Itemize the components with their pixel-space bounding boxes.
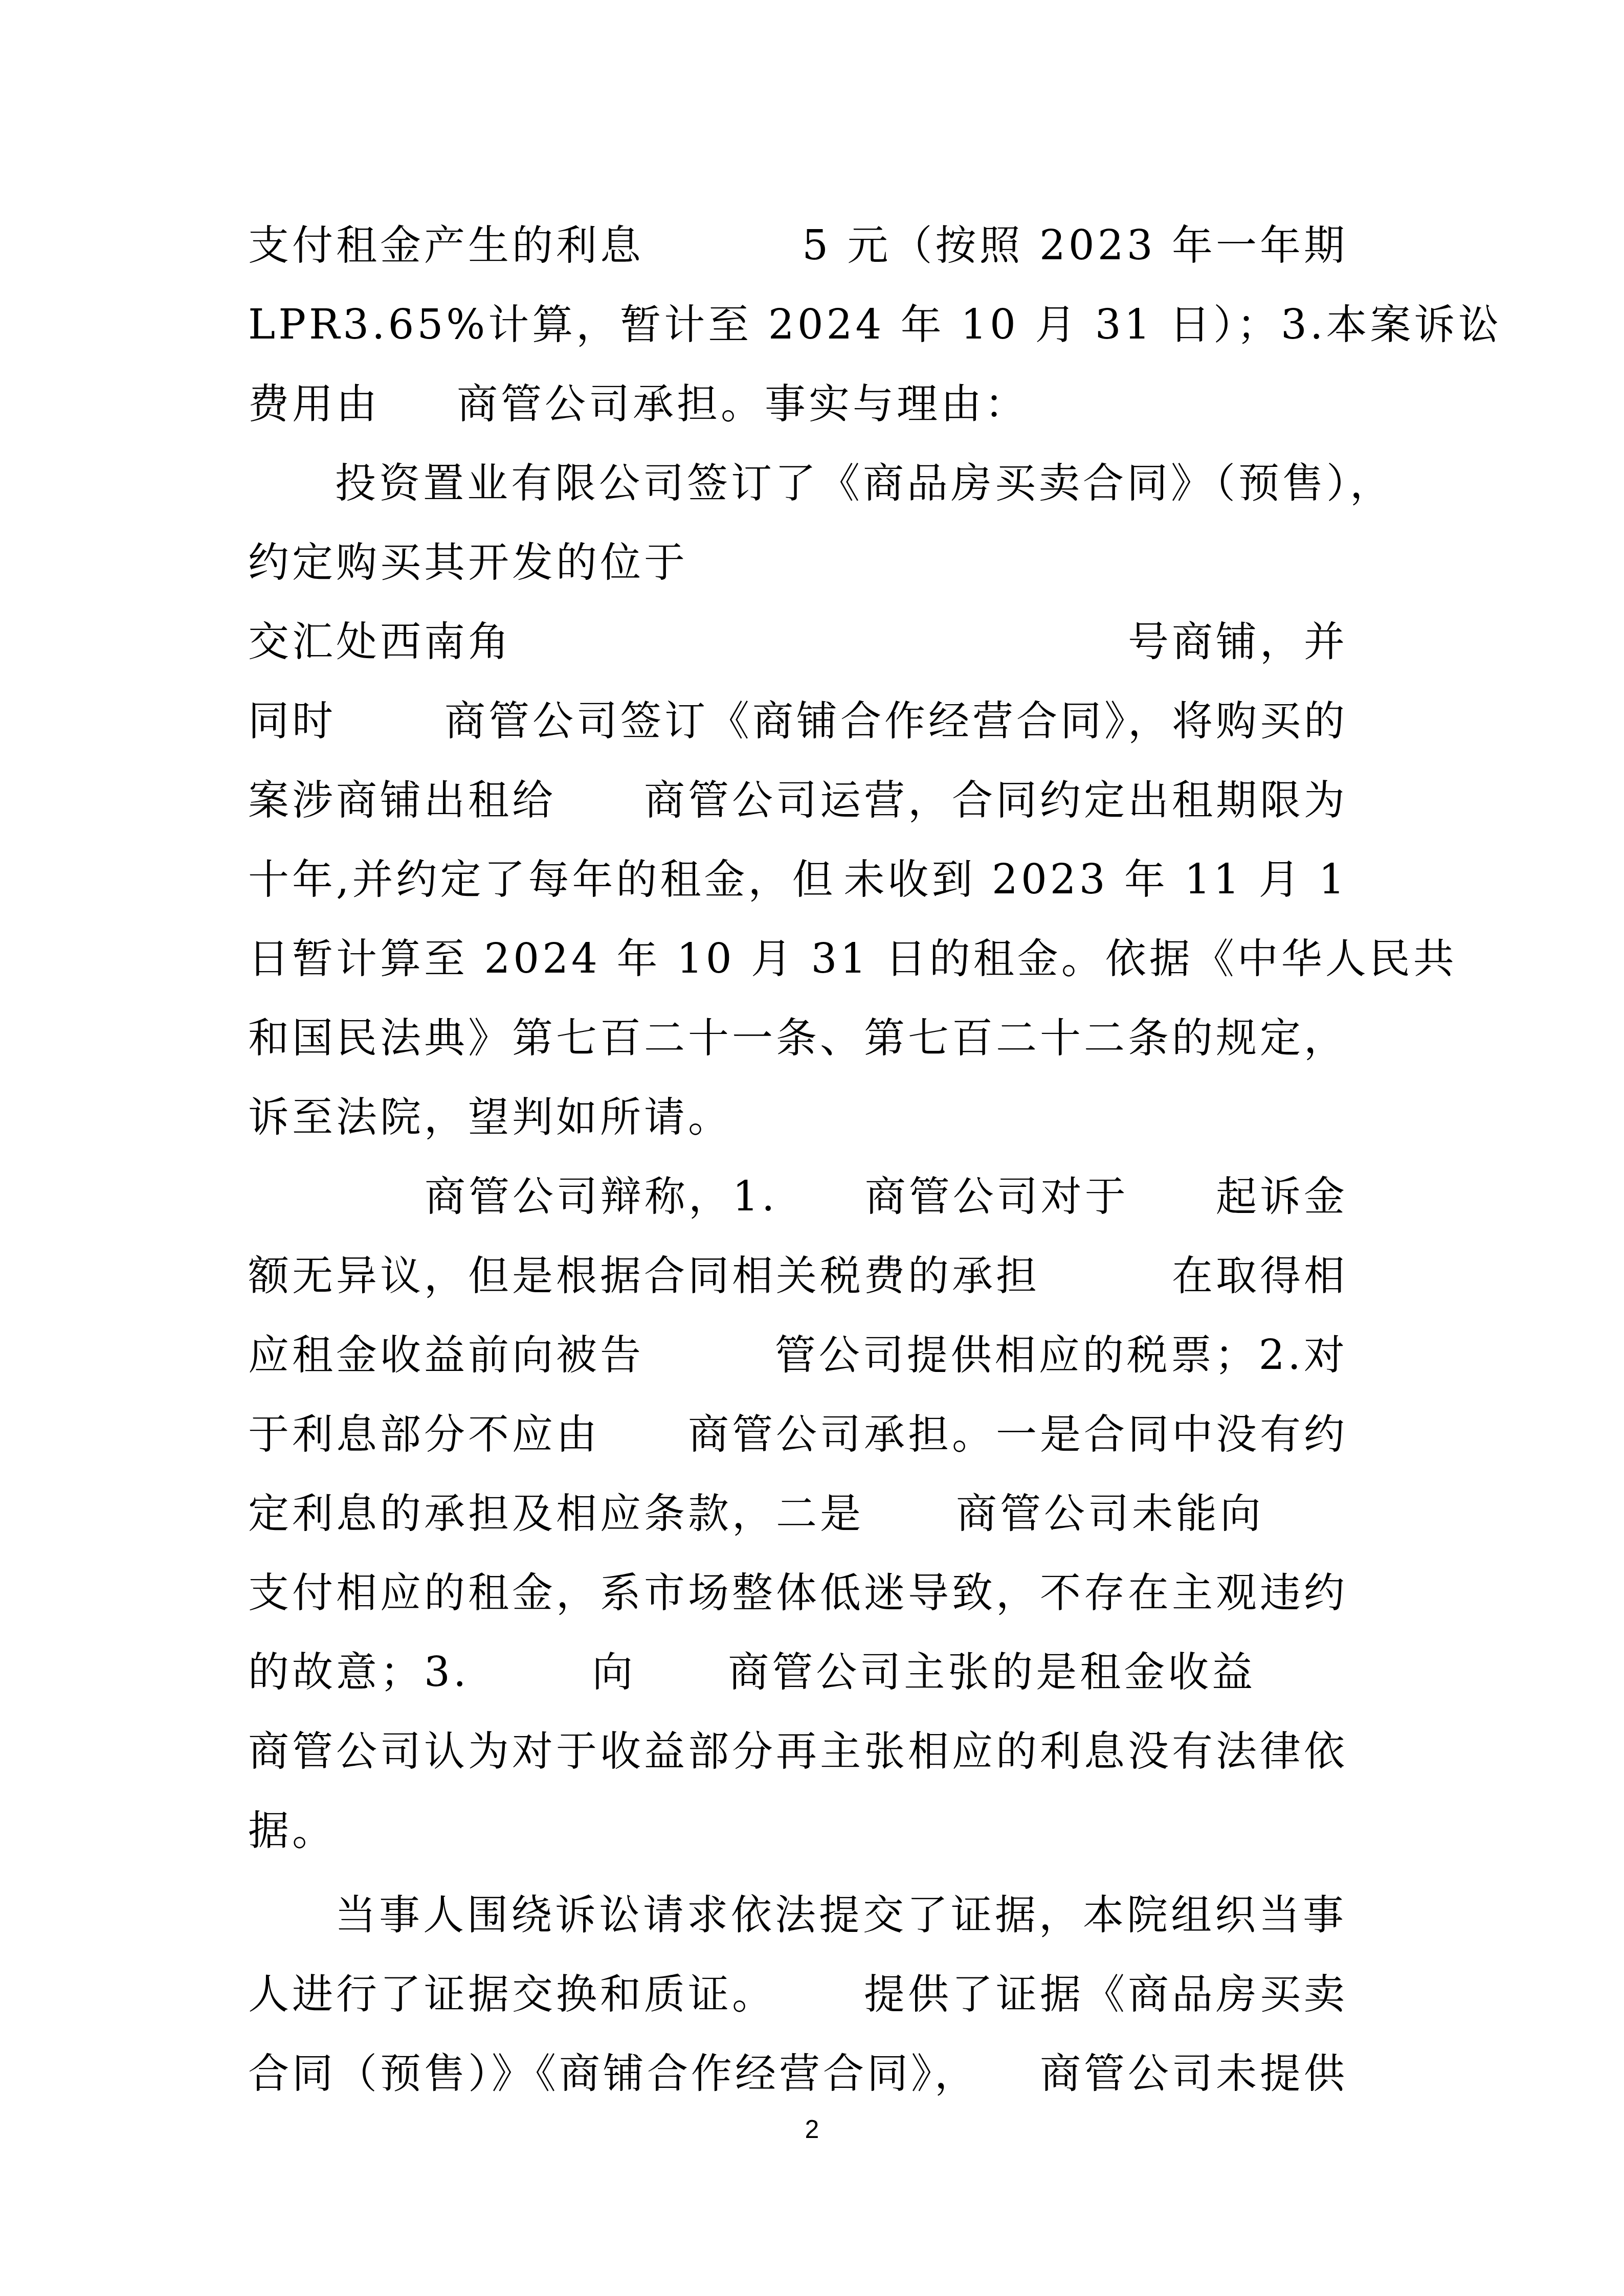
text-line: 当事人围绕诉讼请求依法提交了证据，本院组织当事 (248, 1887, 1348, 1943)
text-line: 约定购买其开发的位于 (248, 534, 1348, 591)
text-segment: 合同（预售）》《商铺合作经营合同》， (248, 2045, 978, 2102)
text-line: 额无异议，但是根据合同相关税费的承担 在取得相 (248, 1248, 1348, 1304)
text-segment: 投资置业有限公司签订了《商品房买卖合同》（预售）， (335, 455, 1394, 511)
text-segment: 诉至法院，望判如所请。 (248, 1089, 732, 1145)
text-segment: 商管公司未能向 (956, 1485, 1264, 1542)
text-segment: 商管公司对于 (865, 1168, 1129, 1225)
text-segment: 同时 (248, 693, 336, 749)
text-segment: 交汇处西南角 (248, 614, 512, 670)
text-line: 人进行了证据交换和质证。 提供了证据《商品房买卖 (248, 1966, 1348, 2022)
text-segment: 支付租金产生的利息 (248, 217, 644, 274)
text-line: 同时 商管公司签订《商铺合作经营合同》，将购买的 (248, 693, 1348, 749)
text-segment: 提供了证据《商品房买卖 (864, 1966, 1348, 2022)
text-segment: 的故意；3. (248, 1644, 469, 1700)
text-segment: 约定购买其开发的位于 (248, 534, 688, 591)
text-line: 的故意；3. 向 商管公司主张的是租金收益 (248, 1644, 1348, 1700)
text-segment: 额无异议，但是根据合同相关税费的承担 (248, 1248, 1040, 1304)
text-line: 日暂计算至 2024 年 10 月 31 日的租金。依据《中华人民共 (248, 931, 1348, 987)
text-segment: 号商铺，并 (1128, 614, 1348, 670)
text-segment: 商管公司签订《商铺合作经营合同》，将购买的 (444, 693, 1348, 749)
text-segment: 向 (592, 1644, 636, 1700)
text-segment: 据。 (248, 1803, 336, 1859)
text-line: 费用由 商管公司承担。事实与理由： (248, 376, 1348, 432)
text-segment: 十年,并约定了每年的租金，但 (248, 851, 836, 908)
text-segment: 商管公司运营，合同约定出租期限为 (644, 772, 1348, 828)
text-segment: 日暂计算至 2024 年 10 月 31 日的租金。依据《中华人民共 (248, 931, 1457, 987)
text-segment: 商管公司承担。一是合同中没有约 (688, 1406, 1348, 1462)
text-segment: 案涉商铺出租给 (248, 772, 556, 828)
text-line: 和国民法典》第七百二十一条、第七百二十二条的规定， (248, 1010, 1348, 1066)
text-segment: 定利息的承担及相应条款，二是 (248, 1485, 864, 1542)
text-segment: 当事人围绕诉讼请求依法提交了证据，本院组织当事 (335, 1887, 1347, 1943)
page-number: 2 (0, 2114, 1624, 2144)
text-line: 应租金收益前向被告 管公司提供相应的税票；2.对 (248, 1327, 1348, 1383)
text-line: 商管公司认为对于收益部分再主张相应的利息没有法律依 (248, 1723, 1348, 1780)
text-segment: 商管公司认为对于收益部分再主张相应的利息没有法律依 (248, 1723, 1348, 1780)
text-segment: 应租金收益前向被告 (248, 1327, 644, 1383)
text-segment: 在取得相 (1172, 1248, 1348, 1304)
text-segment: 支付相应的租金，系市场整体低迷导致，不存在主观违约 (248, 1565, 1348, 1621)
text-segment: 管公司提供相应的税票；2.对 (775, 1327, 1348, 1383)
text-line: 合同（预售）》《商铺合作经营合同》， 商管公司未提供 (248, 2045, 1348, 2102)
text-line: 十年,并约定了每年的租金，但 未收到 2023 年 11 月 1 (248, 851, 1348, 908)
text-line: 商管公司辩称，1. 商管公司对于 起诉金 (248, 1168, 1348, 1225)
text-segment: 和国民法典》第七百二十一条、第七百二十二条的规定， (248, 1010, 1348, 1066)
text-segment: 商管公司主张的是租金收益 (728, 1644, 1256, 1700)
text-line: LPR3.65%计算，暂计至 2024 年 10 月 31 日）；3.本案诉讼 (248, 297, 1348, 353)
text-line: 于利息部分不应由 商管公司承担。一是合同中没有约 (248, 1406, 1348, 1462)
text-line: 诉至法院，望判如所请。 (248, 1089, 1348, 1145)
text-segment: 未收到 2023 年 11 月 1 (844, 851, 1348, 908)
text-segment: 于利息部分不应由 (248, 1406, 600, 1462)
text-segment: LPR3.65%计算，暂计至 2024 年 10 月 31 日）；3.本案诉讼 (248, 297, 1502, 353)
text-line: 支付相应的租金，系市场整体低迷导致，不存在主观违约 (248, 1565, 1348, 1621)
text-line: 交汇处西南角 号商铺，并 (248, 614, 1348, 670)
text-line: 投资置业有限公司签订了《商品房买卖合同》（预售）， (248, 455, 1348, 511)
text-segment: 人进行了证据交换和质证。 (248, 1966, 776, 2022)
text-segment: 5 元（按照 2023 年一年期 (802, 217, 1348, 274)
document-page: 支付租金产生的利息 5 元（按照 2023 年一年期 LPR3.65%计算，暂计… (0, 0, 1624, 2296)
text-line: 支付租金产生的利息 5 元（按照 2023 年一年期 (248, 217, 1348, 274)
text-segment: 费用由 (248, 376, 380, 432)
text-segment: 商管公司辩称，1. (425, 1168, 777, 1225)
text-segment: 起诉金 (1216, 1168, 1348, 1225)
text-segment: 商管公司未提供 (1040, 2045, 1348, 2102)
text-line: 案涉商铺出租给 商管公司运营，合同约定出租期限为 (248, 772, 1348, 828)
text-line: 定利息的承担及相应条款，二是 商管公司未能向 (248, 1485, 1348, 1542)
text-segment: 商管公司承担。事实与理由： (457, 376, 1029, 432)
text-line: 据。 (248, 1803, 1348, 1859)
